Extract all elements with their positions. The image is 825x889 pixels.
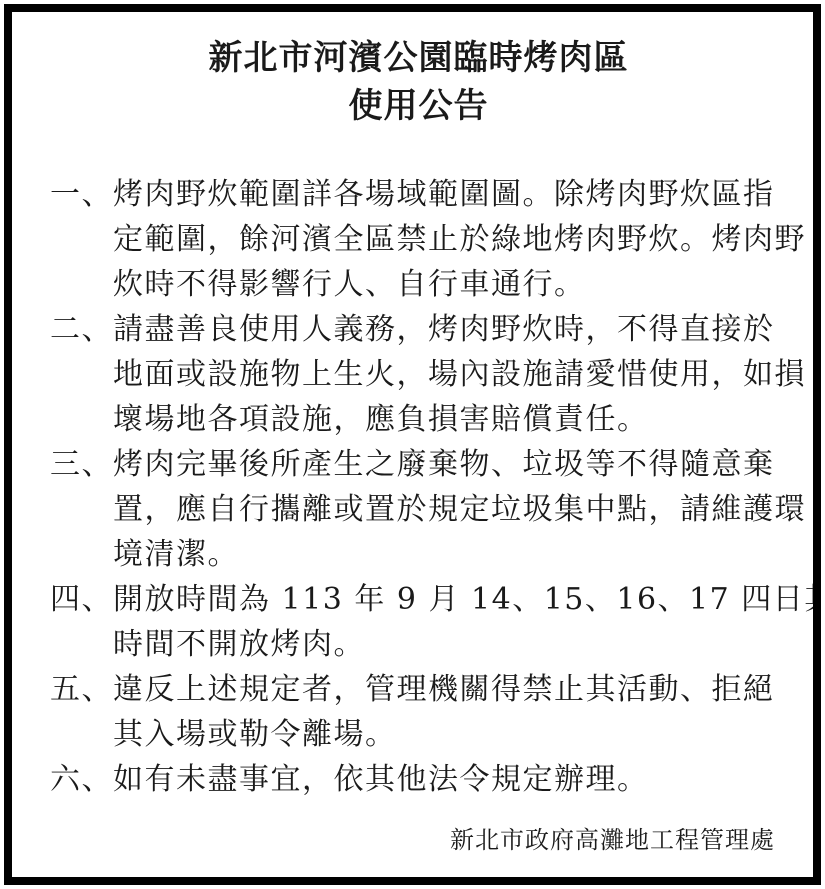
item-line: 開放時間為 113 年 9 月 14、15、16、17 四日其餘 [113, 577, 787, 622]
notice-item-4: 四、 開放時間為 113 年 9 月 14、15、16、17 四日其餘 時間不開… [50, 577, 787, 667]
notice-border-frame: 新北市河濱公園臨時烤肉區 使用公告 一、 烤肉野炊範圍詳各場域範圍圖。除烤肉野炊… [4, 4, 821, 885]
item-line: 置，應自行攜離或置於規定垃圾集中點，請維護環 [113, 487, 787, 532]
notice-content: 新北市河濱公園臨時烤肉區 使用公告 一、 烤肉野炊範圍詳各場域範圍圖。除烤肉野炊… [12, 12, 813, 870]
notice-title: 新北市河濱公園臨時烤肉區 使用公告 [50, 34, 787, 130]
notice-title-line2: 使用公告 [50, 82, 787, 130]
item-text: 烤肉完畢後所產生之廢棄物、垃圾等不得隨意棄 置，應自行攜離或置於規定垃圾集中點，… [113, 442, 787, 577]
notice-title-line1: 新北市河濱公園臨時烤肉區 [50, 34, 787, 82]
item-line: 烤肉完畢後所產生之廢棄物、垃圾等不得隨意棄 [113, 442, 787, 487]
item-line: 如有未盡事宜，依其他法令規定辦理。 [113, 757, 787, 802]
item-number: 三、 [50, 442, 113, 487]
notice-item-2: 二、 請盡善良使用人義務，烤肉野炊時，不得直接於 地面或設施物上生火，場內設施請… [50, 307, 787, 442]
item-number: 四、 [50, 577, 113, 622]
item-line: 炊時不得影響行人、自行車通行。 [113, 262, 787, 307]
item-number: 二、 [50, 307, 113, 352]
item-number: 一、 [50, 172, 113, 217]
item-number: 六、 [50, 757, 113, 802]
item-text: 如有未盡事宜，依其他法令規定辦理。 [113, 757, 787, 802]
item-line: 請盡善良使用人義務，烤肉野炊時，不得直接於 [113, 307, 787, 352]
item-text: 開放時間為 113 年 9 月 14、15、16、17 四日其餘 時間不開放烤肉… [113, 577, 787, 667]
item-line: 烤肉野炊範圍詳各場域範圍圖。除烤肉野炊區指 [113, 172, 787, 217]
notice-item-3: 三、 烤肉完畢後所產生之廢棄物、垃圾等不得隨意棄 置，應自行攜離或置於規定垃圾集… [50, 442, 787, 577]
item-line: 其入場或勒令離場。 [113, 712, 787, 757]
notice-item-6: 六、 如有未盡事宜，依其他法令規定辦理。 [50, 757, 787, 802]
item-line: 定範圍，餘河濱全區禁止於綠地烤肉野炊。烤肉野 [113, 217, 787, 262]
issuing-authority-signature: 新北市政府高灘地工程管理處 [50, 820, 787, 860]
item-line: 地面或設施物上生火，場內設施請愛惜使用，如損 [113, 352, 787, 397]
item-text: 烤肉野炊範圍詳各場域範圍圖。除烤肉野炊區指 定範圍，餘河濱全區禁止於綠地烤肉野炊… [113, 172, 787, 307]
item-line: 境清潔。 [113, 532, 787, 577]
item-text: 請盡善良使用人義務，烤肉野炊時，不得直接於 地面或設施物上生火，場內設施請愛惜使… [113, 307, 787, 442]
item-text: 違反上述規定者，管理機關得禁止其活動、拒絕 其入場或勒令離場。 [113, 667, 787, 757]
notice-item-1: 一、 烤肉野炊範圍詳各場域範圍圖。除烤肉野炊區指 定範圍，餘河濱全區禁止於綠地烤… [50, 172, 787, 307]
notice-item-5: 五、 違反上述規定者，管理機關得禁止其活動、拒絕 其入場或勒令離場。 [50, 667, 787, 757]
item-line: 壞場地各項設施，應負損害賠償責任。 [113, 397, 787, 442]
item-number: 五、 [50, 667, 113, 712]
item-line: 時間不開放烤肉。 [113, 622, 787, 667]
item-line: 違反上述規定者，管理機關得禁止其活動、拒絕 [113, 667, 787, 712]
notice-body: 一、 烤肉野炊範圍詳各場域範圍圖。除烤肉野炊區指 定範圍，餘河濱全區禁止於綠地烤… [50, 172, 787, 802]
